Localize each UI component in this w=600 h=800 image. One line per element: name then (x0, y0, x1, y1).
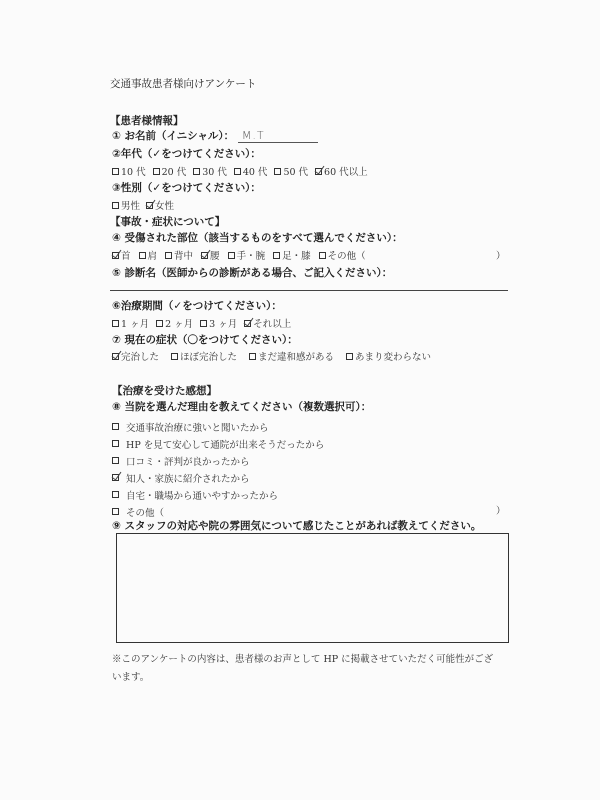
question-staff-feedback: ⑨ スタッフの対応や院の雰囲気について感じたことがあれば教えてください。 (112, 518, 481, 533)
checked-checkbox-icon (112, 353, 119, 360)
age-option-40s[interactable]: 40 代 (234, 164, 268, 178)
symptom-options: 完治した ほぼ完治した まだ違和感がある あまり変わらない (112, 349, 431, 363)
checkbox-icon (139, 252, 146, 259)
age-option-50s[interactable]: 50 代 (274, 164, 308, 178)
checkbox-icon (112, 320, 119, 327)
question-treatment-period: ⑥治療期間（✓をつけてください）： (112, 298, 282, 313)
section-accident: 【事故・症状について】 (110, 214, 225, 229)
checkbox-icon (112, 423, 119, 430)
symptom-option-fully-healed[interactable]: 完治した (112, 349, 159, 363)
checked-checkbox-icon (146, 202, 153, 209)
period-option-3-months[interactable]: 3 ヶ月 (200, 316, 237, 330)
checkbox-icon (112, 457, 119, 464)
question-name-label: ① お名前（イニシャル）： (112, 130, 234, 142)
injury-options: 首 肩 背中 腰 手・腕 足・膝 その他（ (112, 248, 366, 262)
injury-other-close-paren: ） (496, 248, 506, 262)
checked-checkbox-icon (112, 252, 119, 259)
age-options: 10 代 20 代 30 代 40 代 50 代 60 代以上 (112, 164, 368, 178)
reason-option-reviews[interactable]: 口コミ・評判が良かったから (112, 452, 324, 469)
injury-option-leg-knee[interactable]: 足・膝 (273, 248, 311, 262)
checkbox-icon (156, 320, 163, 327)
checkbox-icon (193, 168, 200, 175)
reason-option-convenient-location[interactable]: 自宅・職場から通いやすかったから (112, 486, 324, 503)
checkbox-icon (112, 491, 119, 498)
reason-other-close-paren: ） (496, 503, 506, 517)
reason-option-website[interactable]: HP を見て安心して通院が出来そうだったから (112, 435, 324, 452)
period-option-2-months[interactable]: 2 ヶ月 (156, 316, 193, 330)
question-name: ① お名前（イニシャル）： M.T (112, 128, 318, 143)
reason-options: 交通事故治療に強いと聞いたから HP を見て安心して通院が出来そうだったから 口… (112, 418, 324, 520)
age-option-20s[interactable]: 20 代 (153, 164, 187, 178)
section-patient-info: 【患者様情報】 (110, 113, 184, 128)
checkbox-icon (153, 168, 160, 175)
section-impression: 【治療を受けた感想】 (112, 383, 217, 398)
question-current-symptoms: ⑦ 現在の症状（〇をつけてください）： (112, 332, 298, 347)
checkbox-icon (112, 168, 119, 175)
period-options: 1 ヶ月 2 ヶ月 3 ヶ月 それ以上 (112, 316, 291, 330)
reason-option-strong-in-accident-care[interactable]: 交通事故治療に強いと聞いたから (112, 418, 324, 435)
disclaimer-line-2: います。 (112, 669, 493, 687)
checkbox-icon (171, 353, 178, 360)
symptom-option-no-change[interactable]: あまり変わらない (346, 349, 431, 363)
injury-option-neck[interactable]: 首 (112, 248, 131, 262)
disclaimer-line-1: ※このアンケートの内容は、患者様のお声として HP に掲載させていただく可能性が… (112, 651, 493, 669)
diagnosis-answer-line[interactable] (110, 290, 508, 291)
gender-option-male[interactable]: 男性 (112, 198, 140, 212)
checkbox-icon (112, 508, 119, 515)
injury-option-back[interactable]: 背中 (165, 248, 193, 262)
age-option-60s-plus[interactable]: 60 代以上 (315, 164, 368, 178)
period-option-longer[interactable]: それ以上 (244, 316, 291, 330)
checkbox-icon (274, 168, 281, 175)
age-option-30s[interactable]: 30 代 (193, 164, 227, 178)
symptom-option-still-discomfort[interactable]: まだ違和感がある (249, 349, 334, 363)
reason-option-referral[interactable]: 知人・家族に紹介されたから (112, 469, 324, 486)
checked-checkbox-icon (201, 252, 208, 259)
injury-option-lower-back[interactable]: 腰 (201, 248, 220, 262)
page-title: 交通事故患者様向けアンケート (110, 76, 256, 91)
question-reason: ⑧ 当院を選んだ理由を教えてください（複数選択可）： (112, 399, 371, 414)
age-option-10s[interactable]: 10 代 (112, 164, 146, 178)
checked-checkbox-icon (244, 320, 251, 327)
injury-option-shoulder[interactable]: 肩 (139, 248, 158, 262)
gender-options: 男性 女性 (112, 198, 174, 212)
question-diagnosis: ⑤ 診断名（医師からの診断がある場合、ご記入ください）： (112, 265, 392, 280)
symptom-option-mostly-healed[interactable]: ほぼ完治した (171, 349, 237, 363)
checkbox-icon (228, 252, 235, 259)
injury-option-hand-arm[interactable]: 手・腕 (228, 248, 266, 262)
question-gender: ③性別（✓をつけてください）： (112, 180, 261, 195)
checkbox-icon (234, 168, 241, 175)
checked-checkbox-icon (112, 474, 119, 481)
checkbox-icon (112, 440, 119, 447)
period-option-1-month[interactable]: 1 ヶ月 (112, 316, 149, 330)
question-age: ②年代（✓をつけてください）： (112, 146, 261, 161)
checkbox-icon (112, 202, 119, 209)
checkbox-icon (249, 353, 256, 360)
checkbox-icon (319, 252, 326, 259)
disclaimer-note: ※このアンケートの内容は、患者様のお声として HP に掲載させていただく可能性が… (112, 651, 493, 687)
checkbox-icon (200, 320, 207, 327)
checkbox-icon (273, 252, 280, 259)
name-field[interactable]: M.T (238, 129, 318, 143)
injury-option-other[interactable]: その他（ (319, 248, 366, 262)
name-value: M.T (242, 129, 265, 142)
checkbox-icon (165, 252, 172, 259)
staff-feedback-box[interactable] (116, 533, 509, 643)
checked-checkbox-icon (315, 168, 322, 175)
gender-option-female[interactable]: 女性 (146, 198, 174, 212)
checkbox-icon (346, 353, 353, 360)
question-injury-site: ④ 受傷された部位（該当するものをすべて選んでください）： (112, 230, 403, 245)
